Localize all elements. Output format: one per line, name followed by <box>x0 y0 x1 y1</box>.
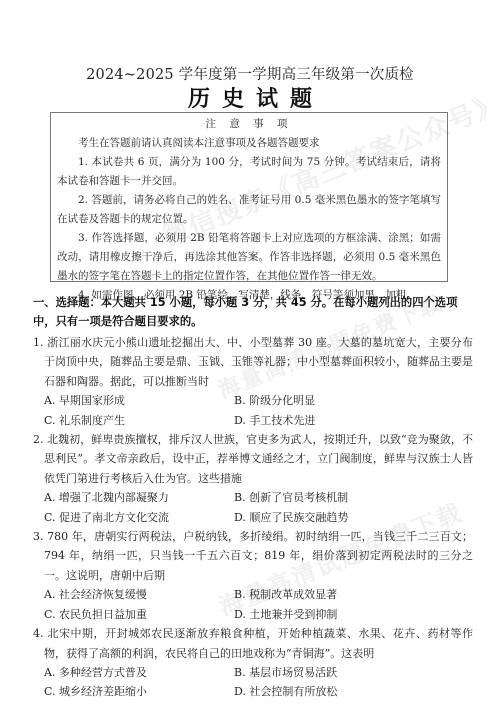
question-stem: 1. 浙江丽水庆元小熊山遗址挖掘出大、中、小型墓葬 30 座。大墓的墓坑宽大，主… <box>33 333 473 391</box>
option-a: A. 多种经营方式普及 <box>44 663 234 682</box>
option-d: D. 顺应了民族交融趋势 <box>234 508 434 527</box>
option-d: D. 土地兼并受到抑制 <box>234 605 434 624</box>
option-c: C. 礼乐制度产生 <box>44 411 234 430</box>
question-list: 1. 浙江丽水庆元小熊山遗址挖掘出大、中、小型墓葬 30 座。大墓的墓坑宽大，主… <box>33 333 473 702</box>
option-a: A. 早期国家形成 <box>44 391 234 410</box>
option-b: B. 阶级分化明显 <box>234 391 434 410</box>
notice-item-2: 2. 答题前，请务必将自己的姓名、准考证号用 0.5 毫米黑色墨水的签字笔填写在… <box>57 191 441 229</box>
option-group: A. 增强了北魏内部凝聚力 B. 创新了官员考核机制 C. 促进了南北方文化交流… <box>33 488 473 527</box>
option-group: A. 社会经济恢复缓慢 B. 税制改革成效显著 C. 农民负担日益加重 D. 土… <box>33 585 473 624</box>
question-2: 2. 北魏初，鲜卑贵族擅权，排斥汉人世族，官吏多为武人，按期迁升，以致“竞为聚敛… <box>33 430 473 527</box>
option-c: C. 城乡经济差距缩小 <box>44 682 234 701</box>
option-d: D. 社会控制有所放松 <box>234 682 434 701</box>
option-d: D. 手工技术先进 <box>234 411 434 430</box>
exam-subtitle: 2024~2025 学年度第一学期高三年级第一次质检 <box>0 63 500 84</box>
option-a: A. 社会经济恢复缓慢 <box>44 585 234 604</box>
exam-page: 微信搜索《高三答案公众号》 海量高清试题免费下载 海量高清试题免费下载 2024… <box>0 0 500 707</box>
question-1: 1. 浙江丽水庆元小熊山遗址挖掘出大、中、小型墓葬 30 座。大墓的墓坑宽大，主… <box>33 333 473 430</box>
option-b: B. 税制改革成效显著 <box>234 585 434 604</box>
option-a: A. 增强了北魏内部凝聚力 <box>44 488 234 507</box>
option-b: B. 基层市场贸易活跃 <box>234 663 434 682</box>
question-stem: 3. 780 年，唐朝实行两税法，户税纳钱，多折绫绢。初时纳绢一匹，当钱三千二三… <box>33 527 473 585</box>
question-stem: 2. 北魏初，鲜卑贵族擅权，排斥汉人世族，官吏多为武人，按期迁升，以致“竞为聚敛… <box>33 430 473 488</box>
notice-intro: 考生在答题前请认真阅读本注意事项及各题答题要求 <box>57 134 441 153</box>
question-3: 3. 780 年，唐朝实行两税法，户税纳钱，多折绫绢。初时纳绢一匹，当钱三千二三… <box>33 527 473 624</box>
exam-title: 历史试题 <box>0 82 500 113</box>
option-b: B. 创新了官员考核机制 <box>234 488 434 507</box>
notice-item-3: 3. 作答选择题，必须用 2B 铅笔将答题卡上对应选项的方框涂满、涂黑；如需改动… <box>57 229 441 286</box>
notice-heading: 注 意 事 项 <box>57 115 441 134</box>
notice-box: 注 意 事 项 考生在答题前请认真阅读本注意事项及各题答题要求 1. 本试卷共 … <box>50 112 448 282</box>
notice-item-1: 1. 本试卷共 6 页，满分为 100 分，考试时间为 75 分钟。考试结束后，… <box>57 153 441 191</box>
option-c: C. 农民负担日益加重 <box>44 605 234 624</box>
option-group: A. 早期国家形成 B. 阶级分化明显 C. 礼乐制度产生 D. 手工技术先进 <box>33 391 473 430</box>
section-heading: 一、选择题：本大题共 15 小题，每小题 3 分，共 45 分。在每小题列出的四… <box>33 293 473 331</box>
question-4: 4. 北宋中期，开封城郊农民逐渐放弃粮食种植，开始种植蔬菜、水果、花卉、药材等作… <box>33 624 473 702</box>
option-c: C. 促进了南北方文化交流 <box>44 508 234 527</box>
option-group: A. 多种经营方式普及 B. 基层市场贸易活跃 C. 城乡经济差距缩小 D. 社… <box>33 663 473 702</box>
question-stem: 4. 北宋中期，开封城郊农民逐渐放弃粮食种植，开始种植蔬菜、水果、花卉、药材等作… <box>33 624 473 663</box>
